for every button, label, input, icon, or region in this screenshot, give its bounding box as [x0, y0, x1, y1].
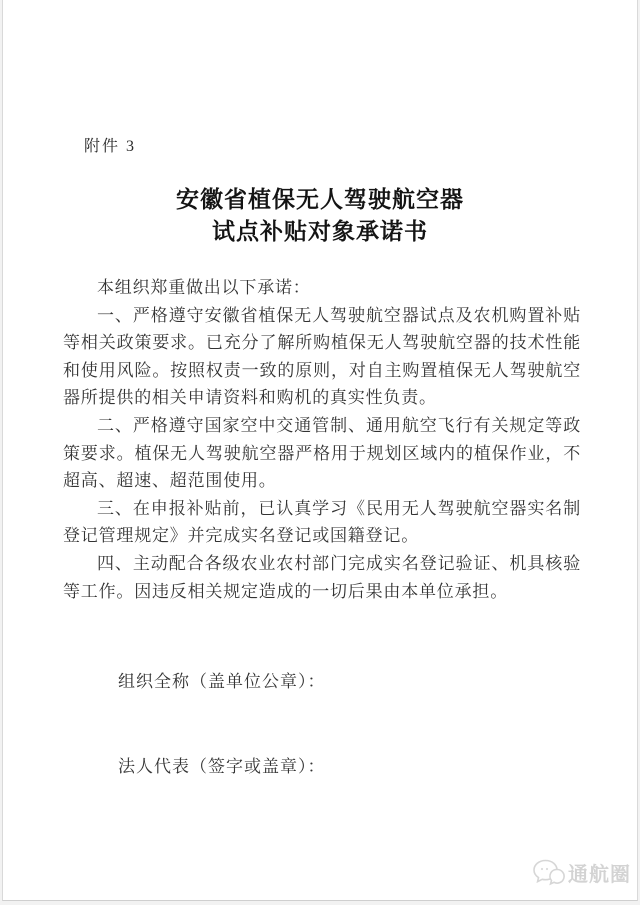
commitment-paragraph-2: 二、严格遵守国家空中交通管制、通用航空飞行有关规定等政策要求。植保无人驾驶航空器…: [63, 412, 581, 495]
attachment-number-label: 附件 3: [84, 133, 136, 156]
document-body: 本组织郑重做出以下承诺： 一、严格遵守安徽省植保无人驾驶航空器试点及农机购置补贴…: [63, 274, 581, 605]
intro-paragraph: 本组织郑重做出以下承诺：: [63, 274, 581, 302]
document-title-line1: 安徽省植保无人驾驶航空器: [3, 184, 637, 216]
commitment-paragraph-3: 三、在申报补贴前，已认真学习《民用无人驾驶航空器实名制登记管理规定》并完成实名登…: [63, 495, 581, 550]
commitment-paragraph-4: 四、主动配合各级农业农村部门完成实名登记验证、机具核验等工作。因违反相关规定造成…: [63, 550, 581, 605]
document-page: 附件 3 安徽省植保无人驾驶航空器 试点补贴对象承诺书 本组织郑重做出以下承诺：…: [2, 0, 638, 901]
document-title-line2: 试点补贴对象承诺书: [3, 216, 637, 248]
legal-rep-signature-label: 法人代表（签字或盖章）：: [118, 752, 326, 777]
document-title: 安徽省植保无人驾驶航空器 试点补贴对象承诺书: [3, 184, 637, 248]
watermark-text: 通航圈: [568, 858, 631, 887]
commitment-paragraph-1: 一、严格遵守安徽省植保无人驾驶航空器试点及农机购置补贴等相关政策要求。已充分了解…: [63, 302, 581, 412]
watermark: 通航圈: [532, 857, 631, 887]
chat-bubbles-icon: [532, 857, 566, 887]
org-name-signature-label: 组织全称（盖单位公章）：: [118, 667, 326, 692]
